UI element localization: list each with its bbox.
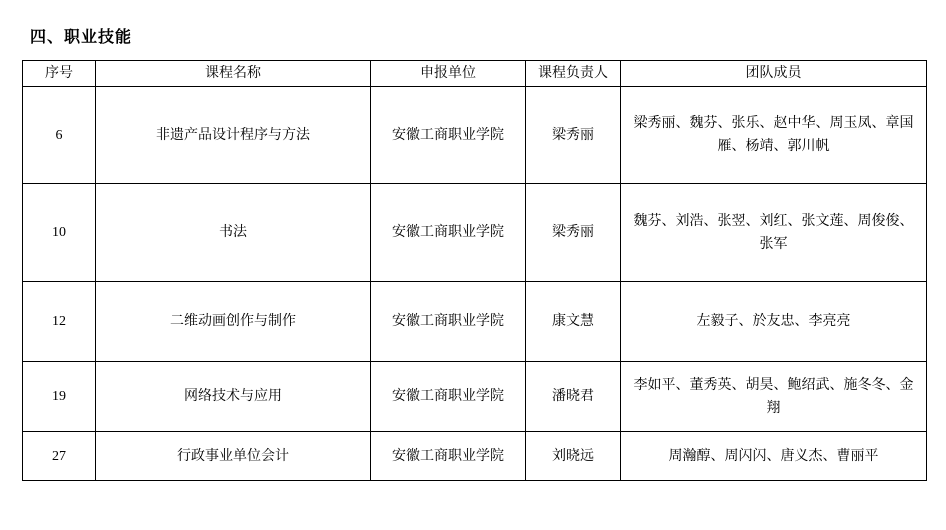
- cell-no: 10: [23, 184, 96, 282]
- cell-team: 周瀚醇、周闪闪、唐义杰、曹丽平: [621, 432, 927, 481]
- cell-unit: 安徽工商职业学院: [371, 362, 526, 432]
- cell-unit: 安徽工商职业学院: [371, 87, 526, 184]
- cell-team: 李如平、董秀英、胡昊、鲍绍武、施冬冬、金翔: [621, 362, 927, 432]
- cell-leader: 梁秀丽: [526, 184, 621, 282]
- cell-leader: 梁秀丽: [526, 87, 621, 184]
- cell-unit: 安徽工商职业学院: [371, 184, 526, 282]
- cell-leader: 刘晓远: [526, 432, 621, 481]
- cell-course: 书法: [96, 184, 371, 282]
- cell-no: 27: [23, 432, 96, 481]
- col-header-course: 课程名称: [96, 61, 371, 87]
- cell-course: 非遗产品设计程序与方法: [96, 87, 371, 184]
- cell-team: 左毅子、於友忠、李亮亮: [621, 282, 927, 362]
- col-header-team: 团队成员: [621, 61, 927, 87]
- cell-course: 网络技术与应用: [96, 362, 371, 432]
- table-row: 6 非遗产品设计程序与方法 安徽工商职业学院 梁秀丽 梁秀丽、魏芬、张乐、赵中华…: [23, 87, 927, 184]
- cell-no: 19: [23, 362, 96, 432]
- document-page: 四、职业技能 序号 课程名称 申报单位 课程负责人 团队成员 6 非遗产品设计程…: [0, 0, 946, 530]
- cell-course: 二维动画创作与制作: [96, 282, 371, 362]
- col-header-leader: 课程负责人: [526, 61, 621, 87]
- cell-leader: 康文慧: [526, 282, 621, 362]
- cell-leader: 潘晓君: [526, 362, 621, 432]
- col-header-unit: 申报单位: [371, 61, 526, 87]
- cell-team: 梁秀丽、魏芬、张乐、赵中华、周玉凤、章国雁、杨靖、郭川帆: [621, 87, 927, 184]
- cell-no: 6: [23, 87, 96, 184]
- table-row: 12 二维动画创作与制作 安徽工商职业学院 康文慧 左毅子、於友忠、李亮亮: [23, 282, 927, 362]
- courses-table: 序号 课程名称 申报单位 课程负责人 团队成员 6 非遗产品设计程序与方法 安徽…: [22, 60, 927, 481]
- cell-unit: 安徽工商职业学院: [371, 282, 526, 362]
- table-row: 10 书法 安徽工商职业学院 梁秀丽 魏芬、刘浩、张翌、刘红、张文莲、周俊俊、张…: [23, 184, 927, 282]
- section-title: 四、职业技能: [30, 24, 132, 47]
- table-row: 27 行政事业单位会计 安徽工商职业学院 刘晓远 周瀚醇、周闪闪、唐义杰、曹丽平: [23, 432, 927, 481]
- cell-no: 12: [23, 282, 96, 362]
- cell-team: 魏芬、刘浩、张翌、刘红、张文莲、周俊俊、张军: [621, 184, 927, 282]
- cell-course: 行政事业单位会计: [96, 432, 371, 481]
- cell-unit: 安徽工商职业学院: [371, 432, 526, 481]
- table-row: 19 网络技术与应用 安徽工商职业学院 潘晓君 李如平、董秀英、胡昊、鲍绍武、施…: [23, 362, 927, 432]
- header-row: 序号 课程名称 申报单位 课程负责人 团队成员: [23, 61, 927, 87]
- col-header-no: 序号: [23, 61, 96, 87]
